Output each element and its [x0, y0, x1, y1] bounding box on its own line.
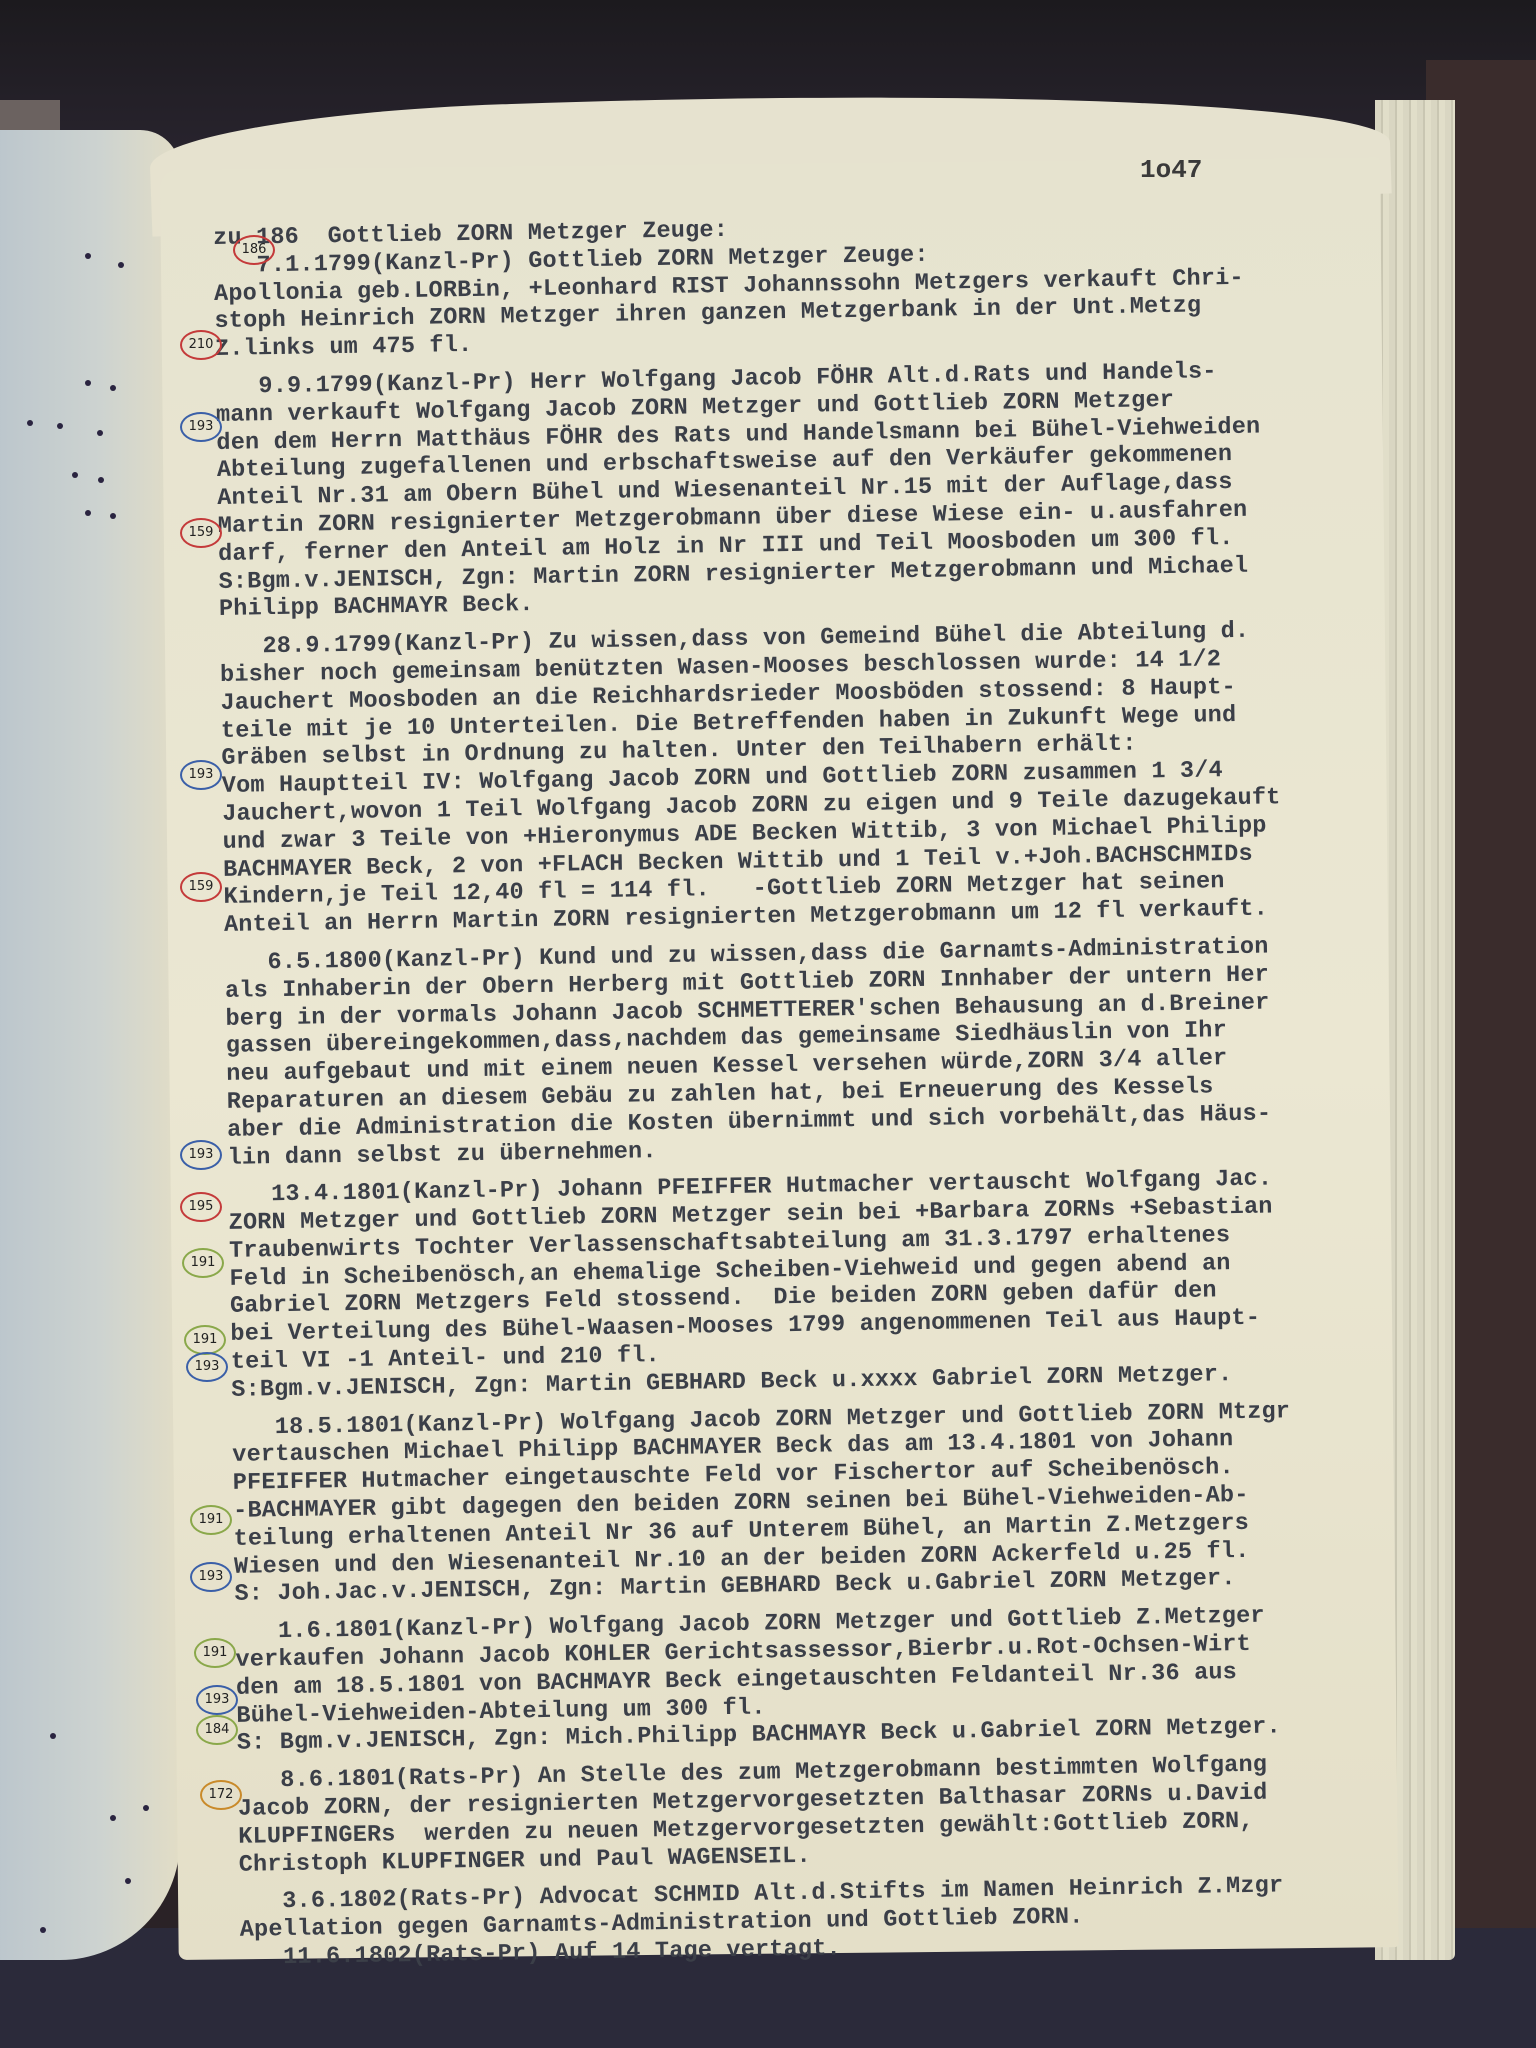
margin-dot	[143, 1805, 149, 1811]
margin-mark: 193	[186, 1352, 228, 1382]
margin-dot	[125, 1878, 131, 1884]
margin-dot	[85, 510, 91, 516]
margin-mark: 191	[182, 1248, 224, 1278]
margin-mark: 193	[180, 412, 222, 442]
margin-mark: 193	[180, 1140, 222, 1170]
margin-mark: 172	[200, 1780, 242, 1810]
margin-mark: 191	[184, 1325, 226, 1355]
margin-mark: 159	[180, 872, 222, 902]
margin-mark: 191	[194, 1638, 236, 1668]
margin-mark: 184	[196, 1715, 238, 1745]
margin-dot	[72, 472, 78, 478]
document-body: zu 186 Gottlieb ZORN Metzger Zeuge: 7.1.…	[213, 207, 1410, 1983]
entry: 8.6.1801(Rats-Pr) An Stelle des zum Metz…	[237, 1750, 1409, 1880]
entry: 9.9.1799(Kanzl-Pr) Herr Wolfgang Jacob F…	[215, 356, 1389, 625]
margin-dot	[85, 380, 91, 386]
page-number: 1o47	[1140, 155, 1202, 185]
margin-dot	[118, 262, 124, 268]
entry: 6.5.1800(Kanzl-Pr) Kund und zu wissen,da…	[224, 931, 1397, 1172]
margin-dot	[57, 423, 63, 429]
margin-mark: 193	[196, 1685, 238, 1715]
entry: 28.9.1799(Kanzl-Pr) Zu wissen,dass von G…	[219, 616, 1394, 940]
margin-mark: 191	[190, 1505, 232, 1535]
left-page	[0, 130, 180, 1960]
margin-dot	[85, 253, 91, 259]
entry: zu 186 Gottlieb ZORN Metzger Zeuge: 7.1.…	[213, 207, 1385, 364]
margin-dot	[110, 1815, 116, 1821]
margin-mark: 186	[233, 235, 275, 265]
margin-dot	[50, 1733, 56, 1739]
margin-dot	[110, 385, 116, 391]
margin-dot	[40, 1927, 46, 1933]
margin-mark: 210	[180, 330, 222, 360]
margin-mark: 193	[190, 1562, 232, 1592]
margin-dot	[97, 430, 103, 436]
margin-mark: 193	[180, 760, 222, 790]
entry: 13.4.1801(Kanzl-Pr) Johann PFEIFFER Hutm…	[228, 1164, 1401, 1405]
margin-dot	[98, 477, 104, 483]
entry: 18.5.1801(Kanzl-Pr) Wolfgang Jacob ZORN …	[232, 1396, 1405, 1609]
margin-mark: 159	[180, 518, 222, 548]
margin-dot	[27, 420, 33, 426]
margin-mark: 195	[180, 1192, 222, 1222]
entry: 1.6.1801(Kanzl-Pr) Wolfgang Jacob ZORN M…	[235, 1601, 1407, 1758]
margin-dot	[110, 513, 116, 519]
